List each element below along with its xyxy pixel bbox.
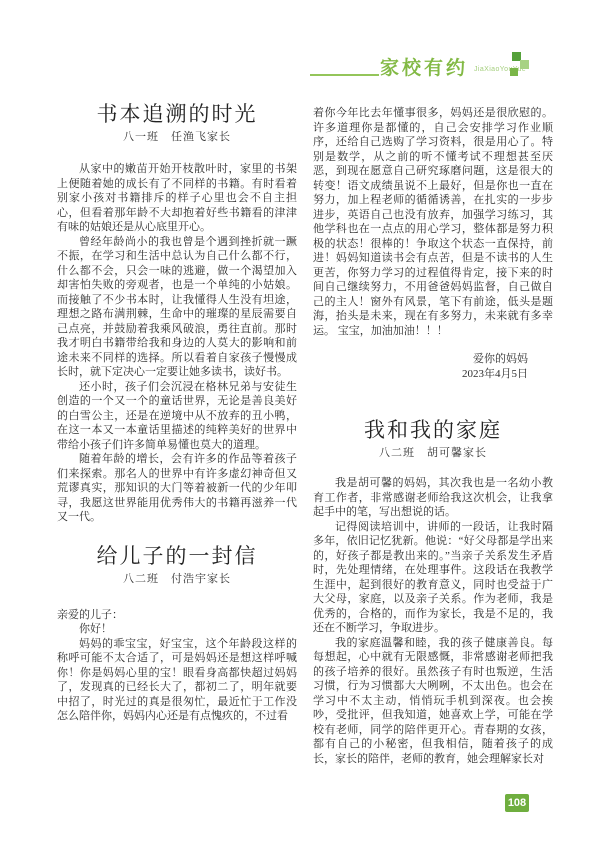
page-number-badge: 108 bbox=[505, 794, 529, 812]
paragraph: 记得阅读培训中，讲师的一段话，让我时隔多年，依旧记忆犹新。他说：“好父母都是学出… bbox=[313, 520, 553, 636]
paragraph: 着你今年比去年懂事很多，妈妈还是很欣慰的。许多道理你是都懂的，自己会安排学习作业… bbox=[313, 106, 553, 338]
paragraph: 妈妈的乖宝宝，好宝宝，这个年龄段这样的称呼可能不太合适了，可是妈妈还是想这样呼喊… bbox=[57, 637, 297, 724]
letter-body-left: 亲爱的儿子： 你好！ 妈妈的乖宝宝，好宝宝，这个年龄段这样的称呼可能不太合适了，… bbox=[57, 608, 297, 724]
paragraph: 曾经年龄尚小的我也曾是个遇到挫折就一蹶不振，在学习和生活中总认为自己什么都不行，… bbox=[57, 235, 297, 380]
letter-body-right: 着你今年比去年懂事很多，妈妈还是很欣慰的。许多道理你是都懂的，自己会安排学习作业… bbox=[313, 106, 553, 382]
article-3-byline: 八二班 胡可馨家长 bbox=[313, 447, 553, 460]
letter-signature-block: 爱你的妈妈 2023年4月5日 bbox=[313, 352, 553, 382]
letter-salutation: 亲爱的儿子： bbox=[57, 608, 297, 623]
article-2-byline: 八二班 付浩宇家长 bbox=[57, 573, 297, 586]
article-2-title: 给儿子的一封信 bbox=[57, 544, 297, 568]
paragraph: 还小时，孩子们会沉浸在格林兄弟与安徒生创造的一个又一个的童话世界，无论是善良美好… bbox=[57, 380, 297, 453]
article-1-byline: 八一班 任渔飞家长 bbox=[57, 131, 297, 144]
paragraph: 我的家庭温馨和睦，我的孩子健康善良。每每想起，心中就有无限感慨，非常感谢老师把我… bbox=[313, 636, 553, 767]
paragraph: 随着年龄的增长，会有许多的作品等着孩子们来探索。那名人的世界中有许多虚幻神奇但又… bbox=[57, 452, 297, 525]
green-squares-icon bbox=[510, 51, 532, 79]
paragraph: 从家中的嫩苗开始开枝散叶时，家里的书架上便随着她的成长有了不同样的书籍。有时看着… bbox=[57, 162, 297, 235]
paragraph: 我是胡可馨的妈妈，其次我也是一名幼小教育工作者，非常感谢老师给我这次机会，让我拿… bbox=[313, 476, 553, 520]
header-rule bbox=[310, 74, 379, 76]
letter-greeting: 你好！ bbox=[57, 622, 297, 637]
square-light-icon bbox=[520, 60, 529, 69]
square-mid-icon bbox=[510, 68, 518, 76]
letter-date: 2023年4月5日 bbox=[313, 367, 528, 382]
column-right: 着你今年比去年懂事很多，妈妈还是很欣慰的。许多道理你是都懂的，自己会安排学习作业… bbox=[313, 106, 553, 766]
letter-signature: 爱你的妈妈 bbox=[313, 352, 528, 367]
article-1-body: 从家中的嫩苗开始开枝散叶时，家里的书架上便随着她的成长有了不同样的书籍。有时看着… bbox=[57, 162, 297, 525]
article-3-title: 我和我的家庭 bbox=[313, 418, 553, 442]
article-3-body: 我是胡可馨的妈妈，其次我也是一名幼小教育工作者，非常感谢老师给我这次机会，让我拿… bbox=[313, 476, 553, 766]
column-left: 书本追溯的时光 八一班 任渔飞家长 从家中的嫩苗开始开枝散叶时，家里的书架上便随… bbox=[57, 95, 297, 724]
article-1-title: 书本追溯的时光 bbox=[57, 102, 297, 126]
magazine-page: { "header": { "title": "家校有约", "subtitle… bbox=[0, 0, 600, 848]
magazine-column-title: 家校有约 bbox=[380, 53, 468, 80]
